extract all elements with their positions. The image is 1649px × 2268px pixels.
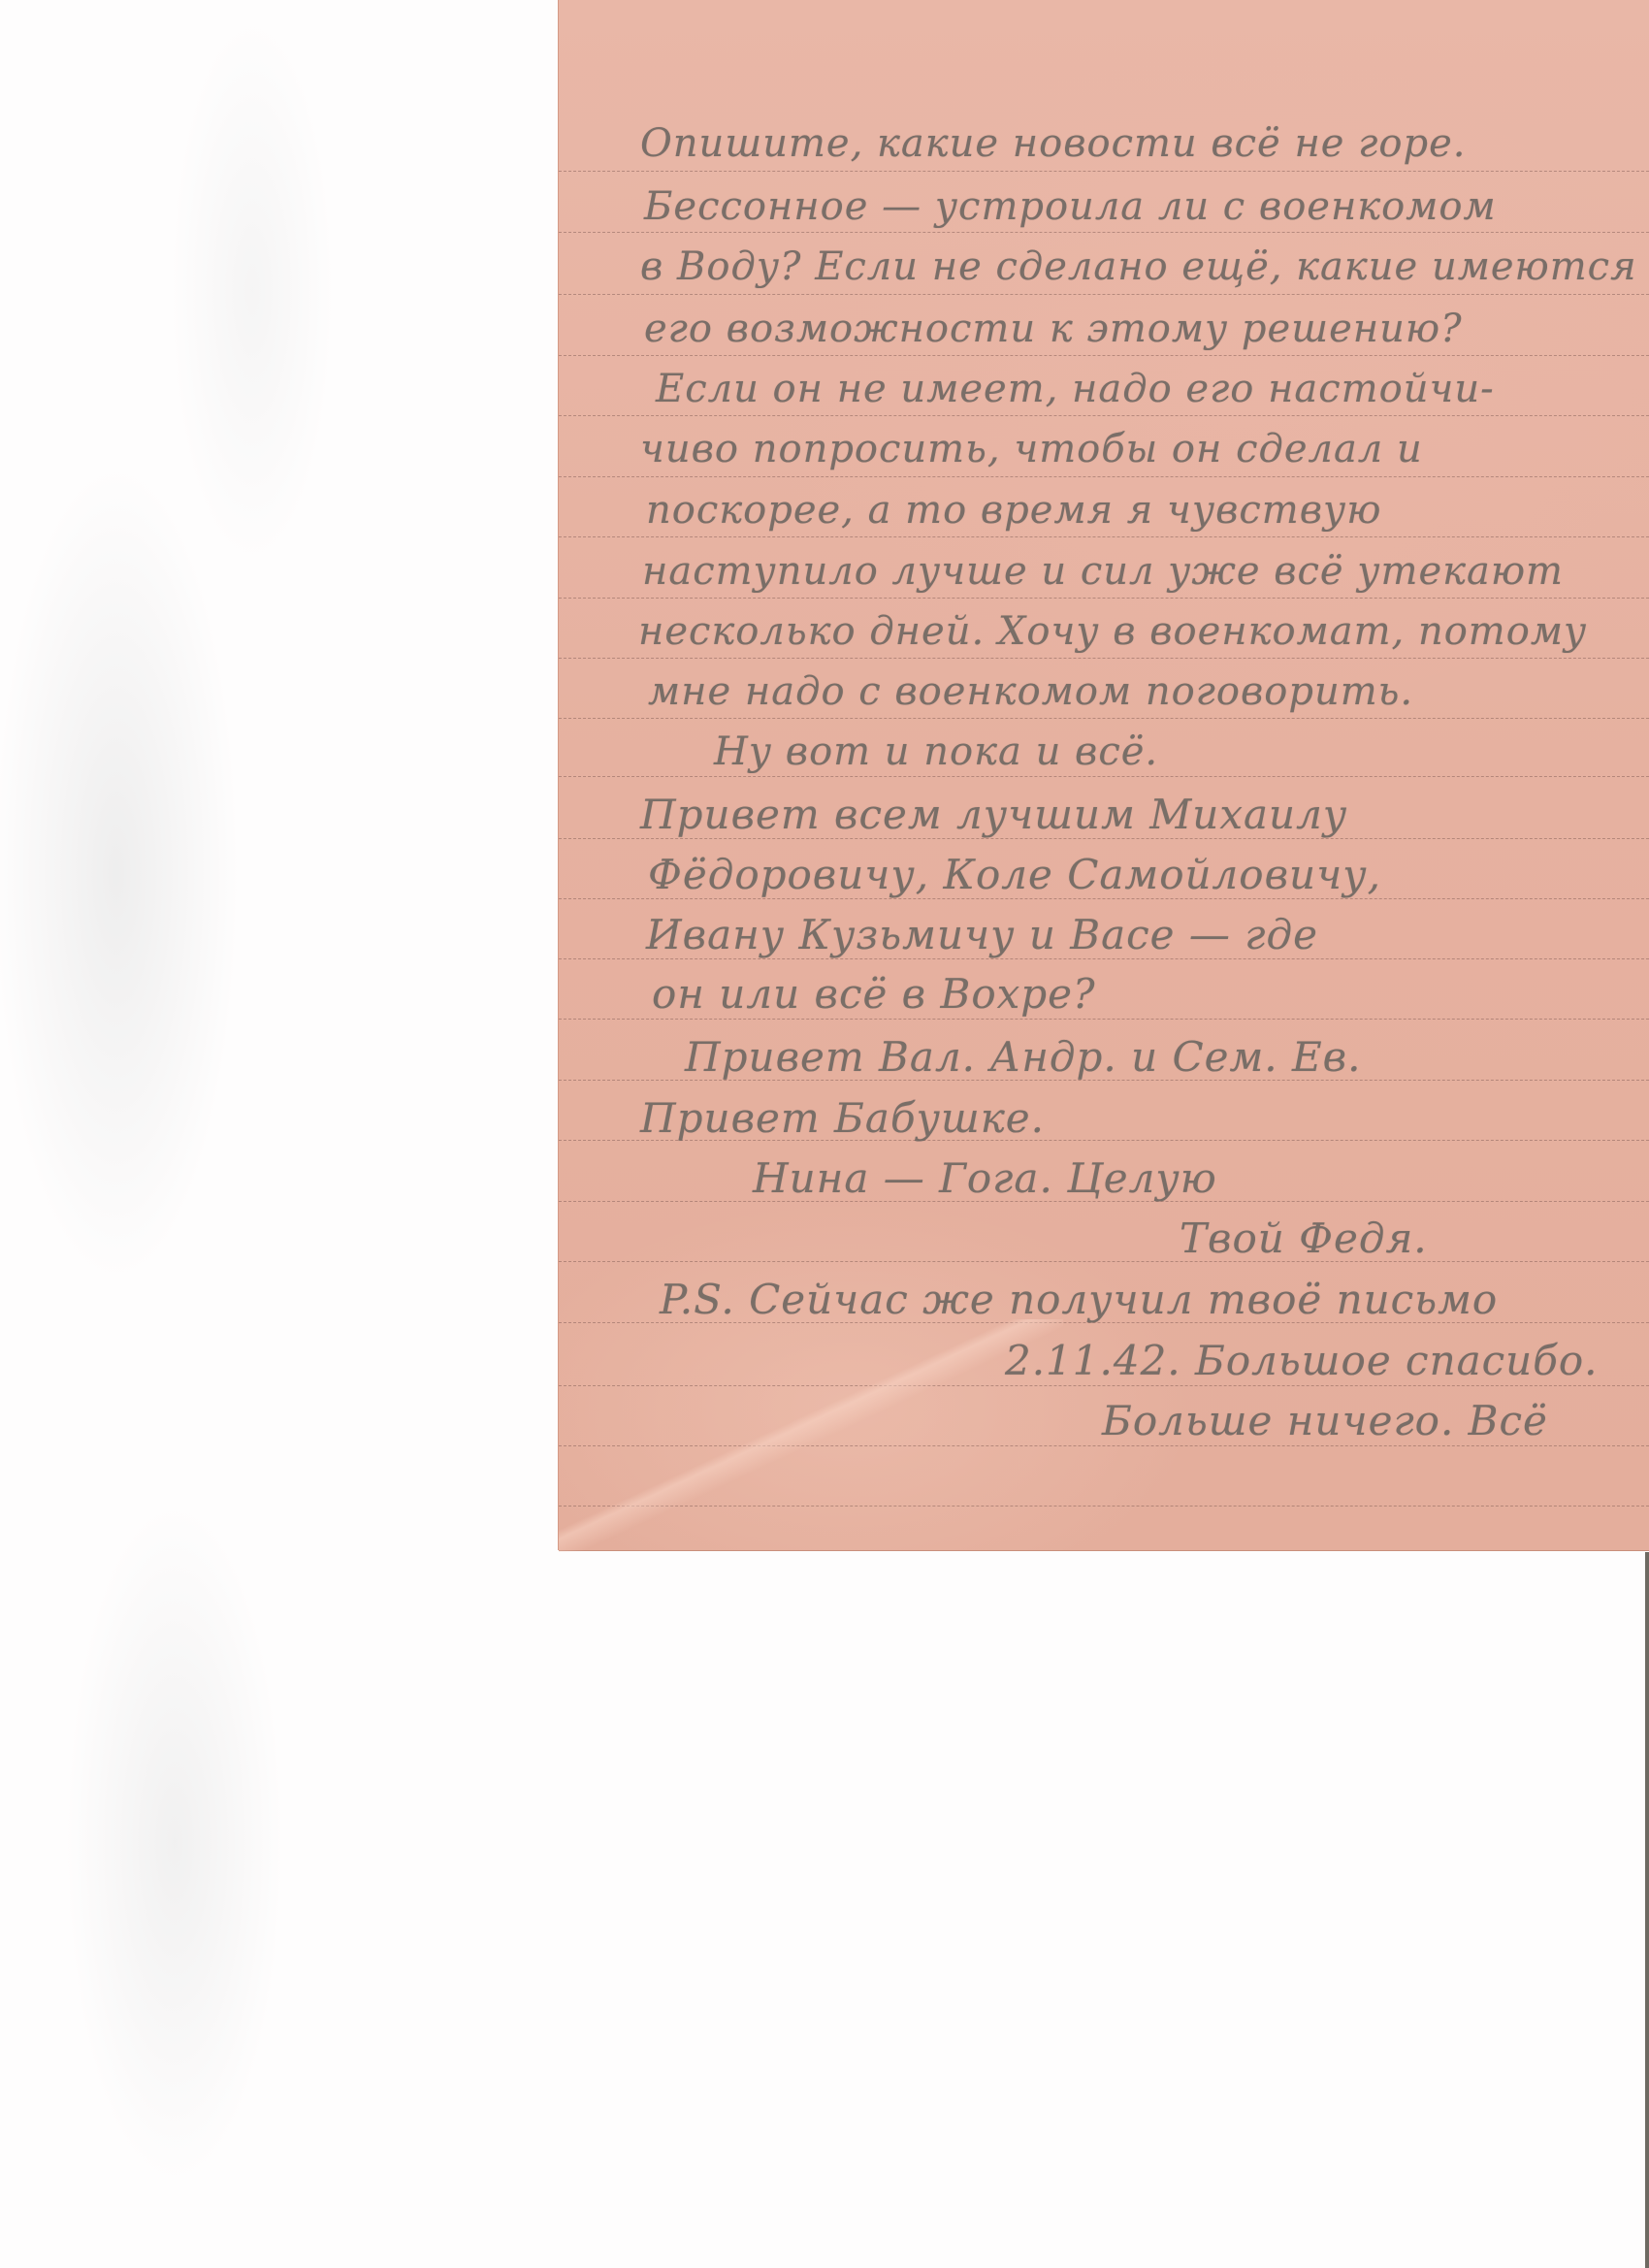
letter-line: Бессонное — устроила ли с военкомом [644, 184, 1497, 229]
ruled-line [559, 718, 1649, 719]
letter-line: наступило лучше и сил уже всё утекают [642, 549, 1564, 594]
letter-paper: Опишите, какие новости всё не горе. Бесс… [559, 0, 1649, 1550]
ruled-line [559, 232, 1649, 233]
letter-postscript-date: 2.11.42. Большое спасибо. [1005, 1337, 1599, 1384]
letter-line: мне надо с военкомом поговорить. [648, 669, 1413, 714]
letter-line: несколько дней. Хочу в военкомат, потому [638, 609, 1587, 654]
letter-line: Привет всем лучшим Михаилу [640, 791, 1347, 838]
letter-line: в Воду? Если не сделано ещё, какие имеют… [640, 244, 1637, 289]
letter-line: его возможности к этому решению? [644, 307, 1463, 351]
paper-crease [559, 1319, 1063, 1552]
letter-line: поскорее, а то время я чувствую [646, 488, 1381, 533]
scanner-edge-shadow [1645, 1552, 1649, 2268]
letter-line: Привет Бабушке. [640, 1094, 1045, 1142]
letter-line: Нина — Гога. Целую [753, 1154, 1217, 1202]
letter-signature: Твой Федя. [1180, 1215, 1428, 1262]
ruled-line [559, 171, 1649, 172]
ruled-line [559, 598, 1649, 599]
letter-line: чиво попросить, чтобы он сделал и [640, 427, 1423, 471]
ruled-line [559, 415, 1649, 416]
ruled-line [559, 958, 1649, 959]
ruled-line [559, 476, 1649, 477]
letter-postscript: P.S. Сейчас же получил твоё письмо [660, 1276, 1498, 1323]
ruled-line [559, 355, 1649, 356]
ruled-line [559, 536, 1649, 537]
letter-line: Опишите, какие новости всё не горе. [640, 121, 1466, 166]
letter-line: Ну вот и пока и всё. [714, 729, 1158, 774]
ruled-line [559, 776, 1649, 777]
letter-line: Фёдоровичу, Коле Самойловичу, [648, 851, 1381, 898]
letter-line: Если он не имеет, надо его настойчи- [656, 367, 1495, 411]
ruled-line [559, 898, 1649, 899]
ruled-line [559, 658, 1649, 659]
ruled-line [559, 1261, 1649, 1262]
ruled-line [559, 838, 1649, 839]
letter-line: он или всё в Вохре? [652, 970, 1096, 1018]
letter-line: Привет Вал. Андр. и Сем. Ев. [685, 1033, 1361, 1081]
letter-line: Ивану Кузьмичу и Васе — где [646, 911, 1318, 958]
ruled-line [559, 294, 1649, 295]
ruled-line [559, 1019, 1649, 1020]
letter-postscript-end: Больше ничего. Всё [1102, 1397, 1548, 1444]
